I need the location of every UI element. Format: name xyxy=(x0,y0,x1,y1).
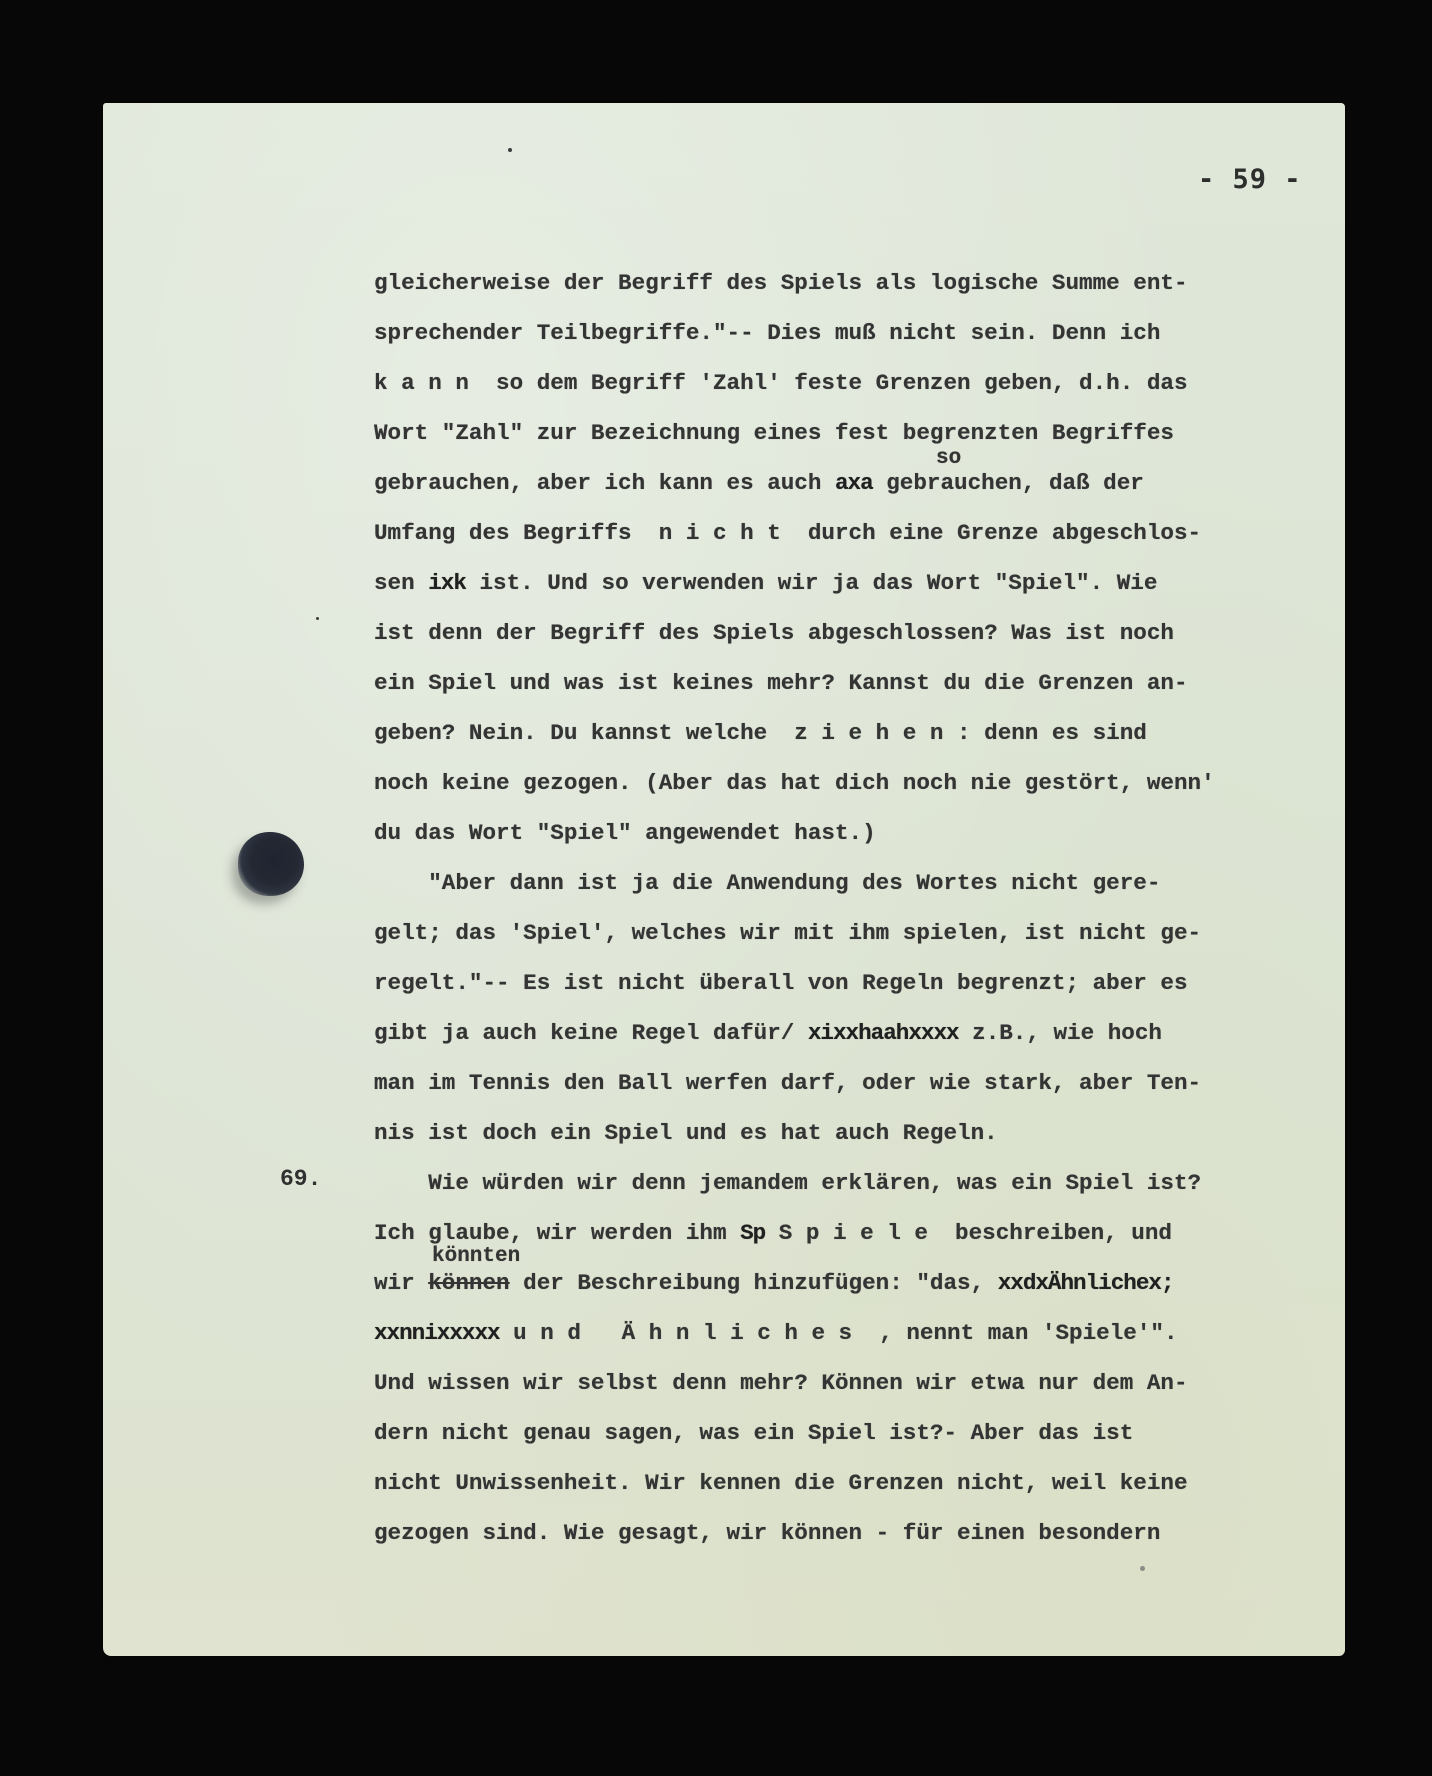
text-segment: S p i e l e beschreiben, und xyxy=(765,1220,1172,1246)
text-line: Wie würden wir denn jemandem erklären, w… xyxy=(374,1168,1201,1198)
text-line: Ich glaube, wir werden ihm Sp S p i e l … xyxy=(374,1218,1172,1248)
struck-word: können xyxy=(428,1270,509,1296)
text-segment: z.B., wie hoch xyxy=(959,1020,1162,1046)
text-line: ist denn der Begriff des Spiels abgeschl… xyxy=(374,618,1174,648)
page-number: - 59 - xyxy=(1198,164,1302,195)
text-line: Und wissen wir selbst denn mehr? Können … xyxy=(374,1368,1188,1398)
text-line: gezogen sind. Wie gesagt, wir können - f… xyxy=(374,1518,1160,1548)
scanned-page-background: - 59 - 69. gleicherweise der Begriff des… xyxy=(0,0,1432,1776)
text-line: Umfang des Begriffs n i c h t durch eine… xyxy=(374,518,1201,548)
text-line: noch keine gezogen. (Aber das hat dich n… xyxy=(374,768,1215,798)
text-segment: sen xyxy=(374,570,428,596)
paper-speck xyxy=(508,148,512,152)
text-segment: wir xyxy=(374,1270,428,1296)
text-segment: gibt ja auch keine Regel dafür/ xyxy=(374,1020,808,1046)
text-segment: Ich glaube, wir werden ihm xyxy=(374,1220,740,1246)
overtyped-correction: Sp xyxy=(740,1220,765,1246)
ink-blot xyxy=(238,832,304,896)
text-line: gebrauchen, aber ich kann es auch axa ge… xyxy=(374,468,1144,498)
paper-speck xyxy=(316,617,319,620)
overtyped-correction: xixxhaahxxxx xyxy=(808,1020,959,1046)
text-line: nis ist doch ein Spiel und es hat auch R… xyxy=(374,1118,998,1148)
text-line: ein Spiel und was ist keines mehr? Kanns… xyxy=(374,668,1188,698)
overtyped-correction: ixk xyxy=(428,570,466,596)
overtyped-correction: xxdxÄhnlichex; xyxy=(998,1270,1174,1296)
paragraph-number: 69. xyxy=(280,1166,321,1192)
text-segment: der Beschreibung hinzufügen: "das, xyxy=(510,1270,998,1296)
text-line: gibt ja auch keine Regel dafür/ xixxhaah… xyxy=(374,1018,1162,1048)
text-segment: ist. Und so verwenden wir ja das Wort "S… xyxy=(466,570,1157,596)
text-line: man im Tennis den Ball werfen darf, oder… xyxy=(374,1068,1201,1098)
text-segment: gebrauchen, daß der xyxy=(873,470,1144,496)
text-line: nicht Unwissenheit. Wir kennen die Grenz… xyxy=(374,1468,1188,1498)
text-line: gelt; das 'Spiel', welches wir mit ihm s… xyxy=(374,918,1201,948)
paper-speck xyxy=(1140,1566,1145,1571)
text-line: du das Wort "Spiel" angewendet hast.) xyxy=(374,818,876,848)
handwritten-insert: so xyxy=(936,448,961,470)
text-segment: gebrauchen, aber ich kann es auch xyxy=(374,470,835,496)
text-segment: u n d Ä h n l i c h e s , nennt man 'Spi… xyxy=(500,1320,1178,1346)
handwritten-insert: könnten xyxy=(432,1246,520,1268)
text-line: k a n n so dem Begriff 'Zahl' feste Gren… xyxy=(374,368,1188,398)
text-line: xxnnixxxxx u n d Ä h n l i c h e s , nen… xyxy=(374,1318,1178,1348)
text-line: gleicherweise der Begriff des Spiels als… xyxy=(374,268,1188,298)
text-line: sprechender Teilbegriffe."-- Dies muß ni… xyxy=(374,318,1160,348)
text-line: geben? Nein. Du kannst welche z i e h e … xyxy=(374,718,1147,748)
text-line: "Aber dann ist ja die Anwendung des Wort… xyxy=(374,868,1160,898)
text-line: regelt."-- Es ist nicht überall von Rege… xyxy=(374,968,1188,998)
text-line: dern nicht genau sagen, was ein Spiel is… xyxy=(374,1418,1133,1448)
overtyped-correction: xxnnixxxxx xyxy=(374,1320,500,1346)
text-line: wir können der Beschreibung hinzufügen: … xyxy=(374,1268,1174,1298)
text-line: sen ixk ist. Und so verwenden wir ja das… xyxy=(374,568,1157,598)
text-line: Wort "Zahl" zur Bezeichnung eines fest b… xyxy=(374,418,1174,448)
overtyped-correction: axa xyxy=(835,470,873,496)
